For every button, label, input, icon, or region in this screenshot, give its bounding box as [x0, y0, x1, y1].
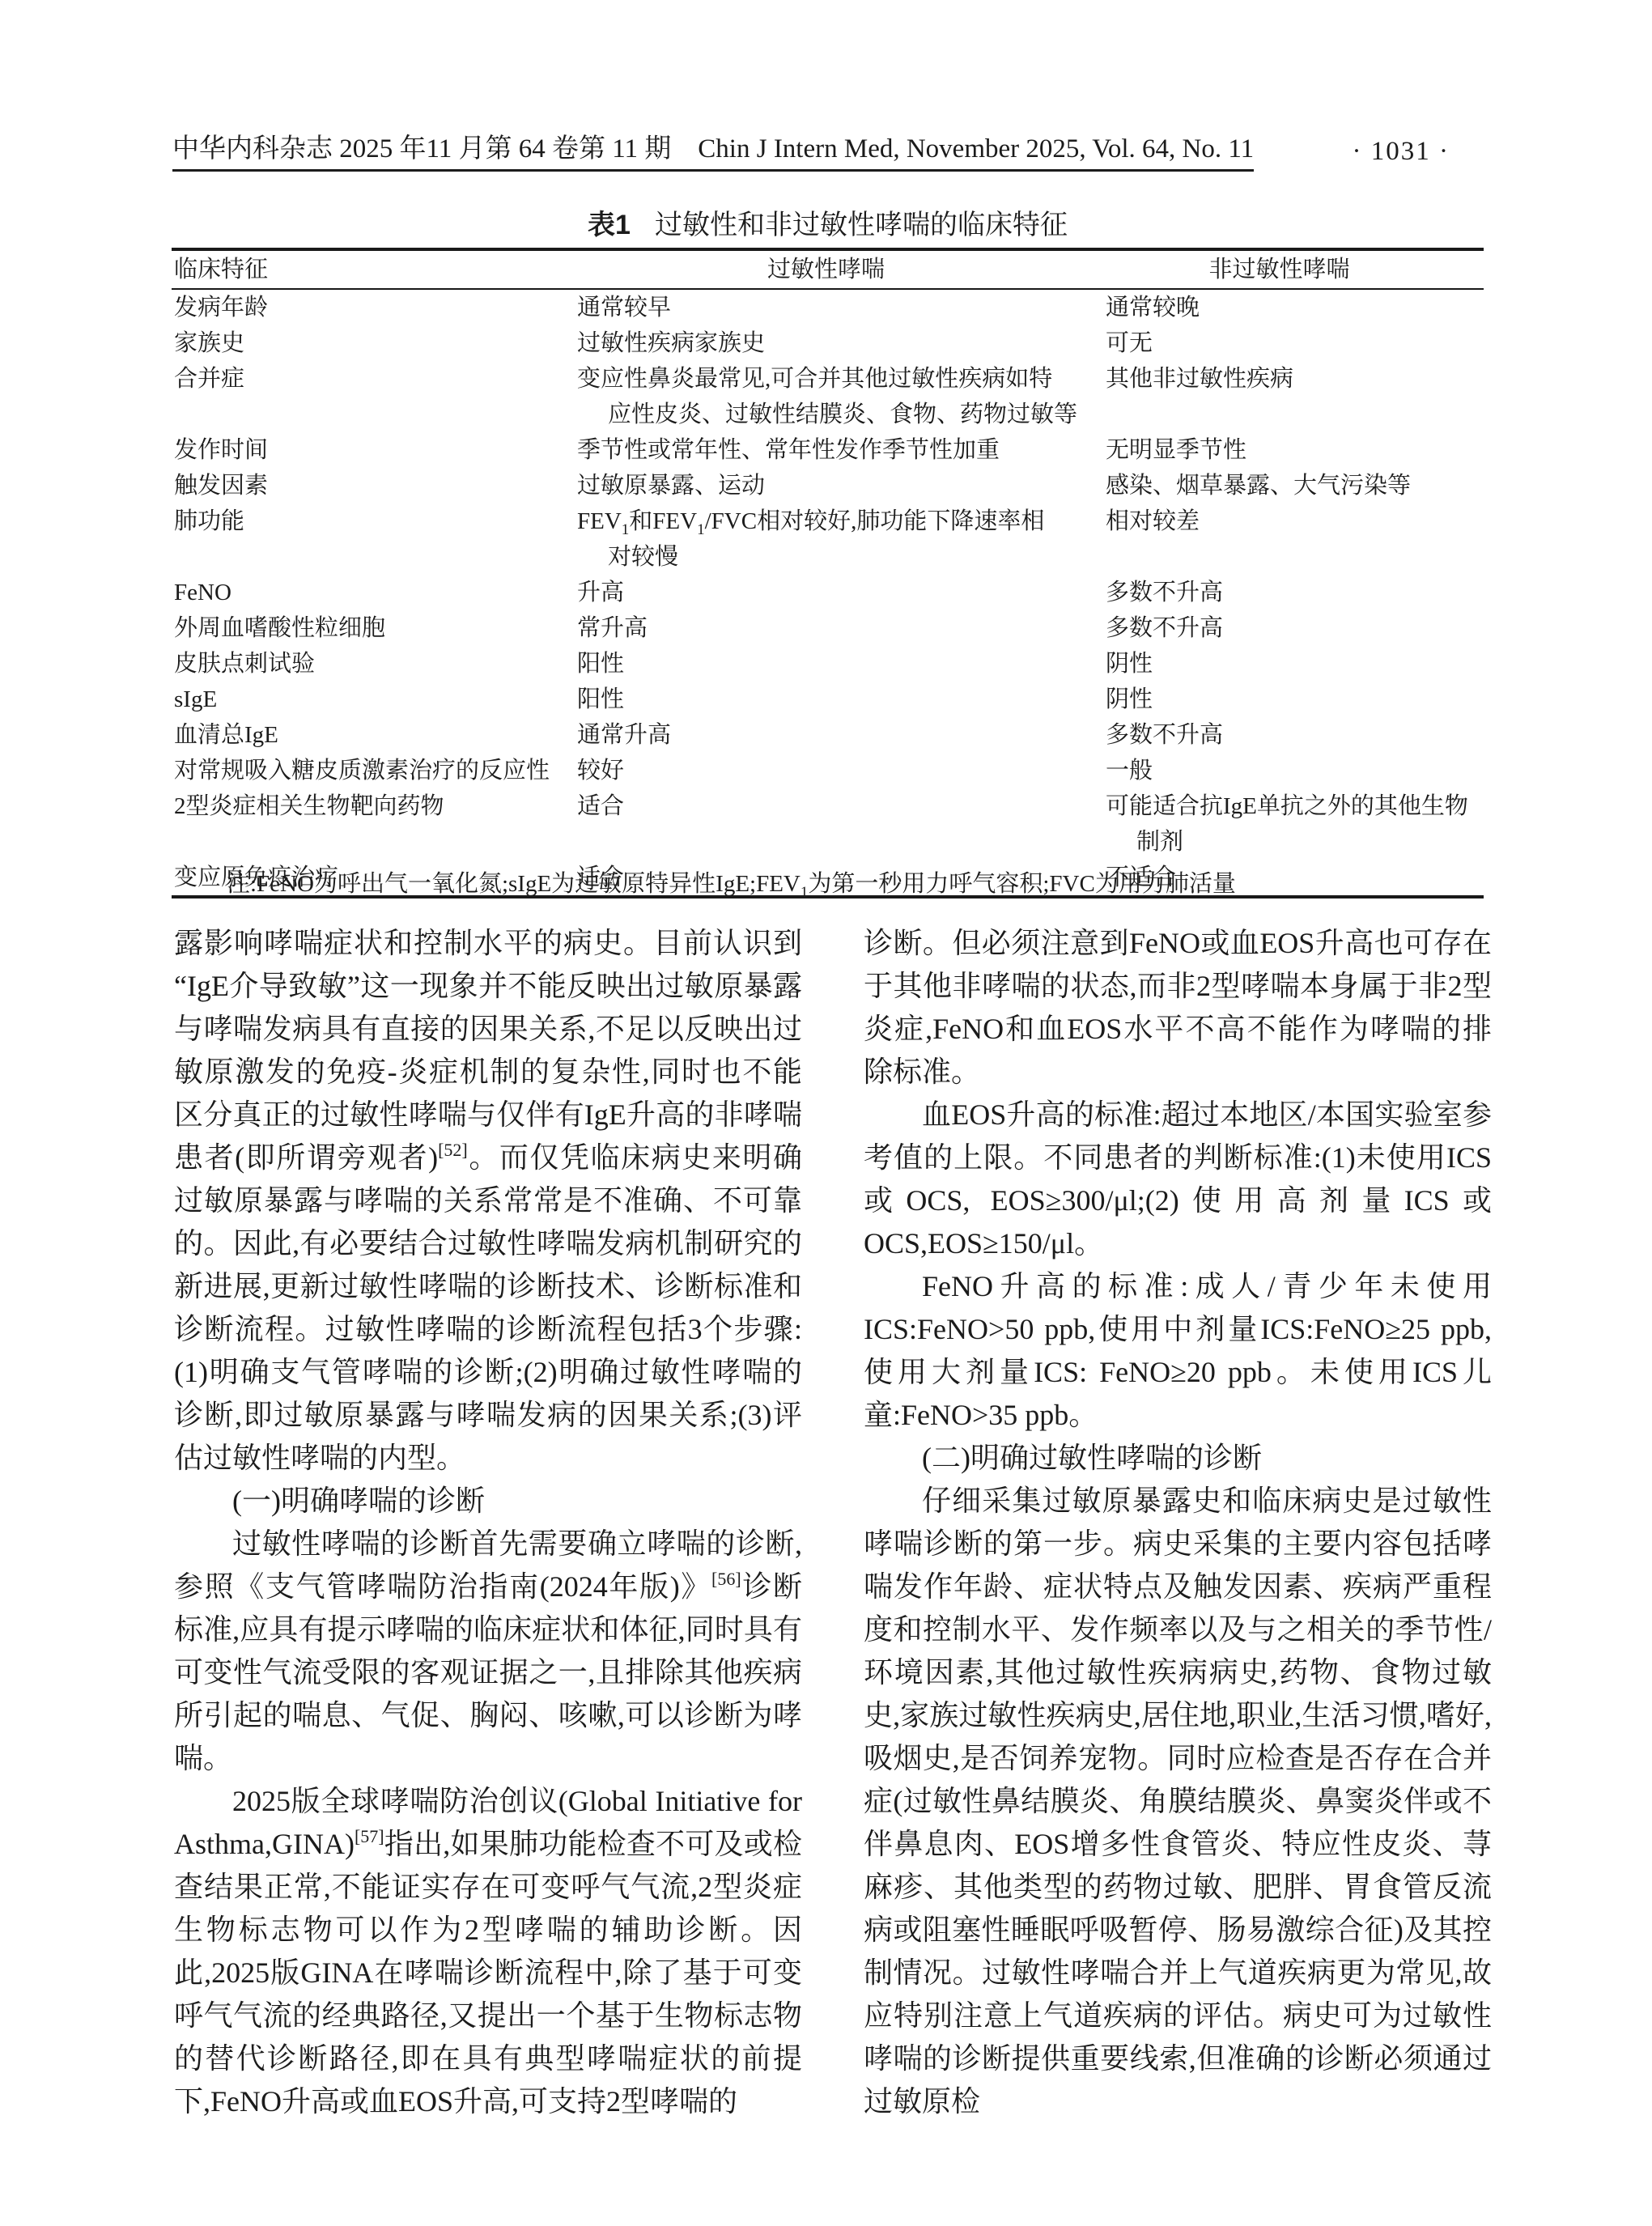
cell-allergic: 适合 — [577, 788, 1106, 860]
table-row: 触发因素过敏原暴露、运动感染、烟草暴露、大气污染等 — [172, 468, 1484, 503]
cell-feature: 血清总IgE — [172, 717, 577, 753]
text-segment: 诊断。但必须注意到FeNO或血EOS升高也可存在于其他非哮喘的状态,而非2型哮喘… — [864, 927, 1492, 1088]
text-segment: 多数不升高 — [1106, 722, 1223, 748]
cell-allergic: 过敏原暴露、运动 — [577, 468, 1106, 503]
body-paragraph: (一)明确哮喘的诊断 — [174, 1480, 802, 1523]
body-paragraph: FeNO升高的标准:成人/青少年未使用ICS:FeNO>50 ppb,使用中剂量… — [864, 1265, 1492, 1437]
text-segment: 通常较晚 — [1106, 295, 1200, 321]
body-column-right: 诊断。但必须注意到FeNO或血EOS升高也可存在于其他非哮喘的状态,而非2型哮喘… — [864, 922, 1492, 2123]
column-header-feature: 临床特征 — [172, 251, 577, 288]
table-title-text: 过敏性和非过敏性哮喘的临床特征 — [655, 210, 1068, 240]
text-segment: 注:FeNO为呼出气一氧化氮;sIgE为过敏原特异性IgE;FEV — [227, 871, 801, 897]
cell-feature: 触发因素 — [172, 468, 577, 503]
reference-superscript: [52] — [438, 1140, 468, 1160]
cell-nonallergic: 可能适合抗IgE单抗之外的其他生物制剂 — [1106, 788, 1484, 860]
table-row: 肺功能FEV1和FEV1/FVC相对较好,肺功能下降速率相对较慢相对较差 — [172, 503, 1484, 575]
cell-allergic: 升高 — [577, 575, 1106, 610]
cell-nonallergic: 多数不升高 — [1106, 610, 1484, 646]
cell-allergic: 较好 — [577, 753, 1106, 788]
text-segment: FeNO升高的标准:成人/青少年未使用ICS:FeNO>50 ppb,使用中剂量… — [864, 1270, 1492, 1431]
text-segment: 可无 — [1106, 330, 1153, 356]
text-segment: 常升高 — [577, 615, 648, 641]
cell-feature: 2型炎症相关生物靶向药物 — [172, 788, 577, 860]
text-segment: 多数不升高 — [1106, 615, 1223, 641]
text-segment: 季节性或常年性、常年性发作季节性加重 — [577, 437, 1000, 463]
table-row: FeNO升高多数不升高 — [172, 575, 1484, 610]
text-segment: 过敏性疾病家族史 — [577, 330, 765, 356]
cell-nonallergic: 阴性 — [1106, 682, 1484, 717]
column-header-nonallergic: 非过敏性哮喘 — [1075, 251, 1484, 288]
cell-feature: 合并症 — [172, 361, 577, 432]
cell-allergic: 通常较早 — [577, 290, 1106, 325]
cell-feature: 皮肤点刺试验 — [172, 646, 577, 682]
cell-nonallergic: 多数不升高 — [1106, 717, 1484, 753]
text-segment: 仔细采集过敏原暴露史和临床病史是过敏性哮喘诊断的第一步。病史采集的主要内容包括哮… — [864, 1485, 1492, 2118]
cell-feature: FeNO — [172, 575, 577, 610]
table-row: 发病年龄通常较早通常较晚 — [172, 290, 1484, 325]
cell-nonallergic: 可无 — [1106, 325, 1484, 361]
text-segment: 通常较早 — [577, 295, 671, 321]
text-segment: 感染、烟草暴露、大气污染等 — [1106, 473, 1411, 499]
text-segment: 血EOS升高的标准:超过本地区/本国实验室参考值的上限。不同患者的判断标准:(1… — [864, 1098, 1492, 1260]
table-note: 注:FeNO为呼出气一氧化氮;sIgE为过敏原特异性IgE;FEV1为第一秒用力… — [172, 868, 1484, 900]
table-body: 发病年龄通常较早通常较晚家族史过敏性疾病家族史可无合并症变应性鼻炎最常见,可合并… — [172, 290, 1484, 895]
text-segment: /FVC相对较好,肺功能下降速率相 — [705, 508, 1045, 534]
cell-allergic: 常升高 — [577, 610, 1106, 646]
text-segment: 升高 — [577, 580, 624, 605]
table-row: 发作时间季节性或常年性、常年性发作季节性加重无明显季节性 — [172, 432, 1484, 468]
table-row: sIgE阳性阴性 — [172, 682, 1484, 717]
article-body: 露影响哮喘症状和控制水平的病史。目前认识到“IgE介导致敏”这一现象并不能反映出… — [174, 922, 1492, 2123]
table-row: 皮肤点刺试验阳性阴性 — [172, 646, 1484, 682]
page-header: 中华内科杂志 2025 年11 月第 64 卷第 11 期 Chin J Int… — [172, 134, 1484, 172]
text-segment: 阴性 — [1106, 686, 1153, 712]
cell-allergic: 通常升高 — [577, 717, 1106, 753]
table-title: 表1过敏性和非过敏性哮喘的临床特征 — [172, 202, 1484, 242]
body-paragraph: (二)明确过敏性哮喘的诊断 — [864, 1437, 1492, 1480]
text-segment: 指出,如果肺功能检查不可及或检查结果正常,不能证实存在可变呼气气流,2型炎症生物… — [174, 1828, 802, 2118]
table-row: 家族史过敏性疾病家族史可无 — [172, 325, 1484, 361]
reference-superscript: [57] — [355, 1826, 384, 1846]
body-paragraph: 露影响哮喘症状和控制水平的病史。目前认识到“IgE介导致敏”这一现象并不能反映出… — [174, 922, 802, 1480]
cell-nonallergic: 多数不升高 — [1106, 575, 1484, 610]
cell-allergic: 阳性 — [577, 646, 1106, 682]
text-segment: 其他非过敏性疾病 — [1106, 366, 1293, 392]
text-segment: 变应性鼻炎最常见,可合并其他过敏性疾病如特 — [577, 366, 1052, 392]
cell-allergic: 季节性或常年性、常年性发作季节性加重 — [577, 432, 1106, 468]
subscript: 1 — [801, 884, 809, 901]
text-segment: 。而仅凭临床病史来明确过敏原暴露与哮喘的关系常常是不准确、不可靠的。因此,有必要… — [174, 1141, 802, 1474]
text-segment: 一般 — [1106, 758, 1153, 784]
text-segment: 和FEV — [629, 508, 697, 534]
text-segment: 通常升高 — [577, 722, 671, 748]
cell-allergic: FEV1和FEV1/FVC相对较好,肺功能下降速率相对较慢 — [577, 503, 1106, 575]
table-row: 外周血嗜酸性粒细胞常升高多数不升高 — [172, 610, 1484, 646]
text-segment: 过敏性哮喘的诊断首先需要确立哮喘的诊断,参照《支气管哮喘防治指南(2024年版)… — [174, 1527, 802, 1603]
subscript: 1 — [697, 521, 705, 538]
text-segment: 无明显季节性 — [1106, 437, 1246, 463]
cell-feature: sIgE — [172, 682, 577, 717]
table-row: 对常规吸入糖皮质激素治疗的反应性较好一般 — [172, 753, 1484, 788]
cell-nonallergic: 一般 — [1106, 753, 1484, 788]
text-segment: FEV — [577, 508, 622, 534]
text-segment: 露影响哮喘症状和控制水平的病史。目前认识到“IgE介导致敏”这一现象并不能反映出… — [174, 927, 802, 1174]
body-column-left: 露影响哮喘症状和控制水平的病史。目前认识到“IgE介导致敏”这一现象并不能反映出… — [174, 922, 802, 2123]
table-row: 血清总IgE通常升高多数不升高 — [172, 717, 1484, 753]
text-segment: (一)明确哮喘的诊断 — [232, 1485, 485, 1517]
text-segment: 适合 — [577, 793, 624, 819]
body-paragraph: 过敏性哮喘的诊断首先需要确立哮喘的诊断,参照《支气管哮喘防治指南(2024年版)… — [174, 1523, 802, 1780]
cell-nonallergic: 无明显季节性 — [1106, 432, 1484, 468]
clinical-features-table: 临床特征 过敏性哮喘 非过敏性哮喘 发病年龄通常较早通常较晚家族史过敏性疾病家族… — [172, 248, 1484, 898]
cell-nonallergic: 通常较晚 — [1106, 290, 1484, 325]
table-row: 2型炎症相关生物靶向药物适合可能适合抗IgE单抗之外的其他生物制剂 — [172, 788, 1484, 860]
cell-feature: 肺功能 — [172, 503, 577, 575]
text-segment: 为第一秒用力呼气容积;FVC为用力肺活量 — [808, 871, 1235, 897]
cell-nonallergic: 其他非过敏性疾病 — [1106, 361, 1484, 432]
body-paragraph: 血EOS升高的标准:超过本地区/本国实验室参考值的上限。不同患者的判断标准:(1… — [864, 1094, 1492, 1265]
body-paragraph: 仔细采集过敏原暴露史和临床病史是过敏性哮喘诊断的第一步。病史采集的主要内容包括哮… — [864, 1480, 1492, 2123]
reference-superscript: [56] — [711, 1569, 741, 1589]
text-segment: 对较慢 — [608, 544, 678, 570]
text-segment: 多数不升高 — [1106, 580, 1223, 605]
table-header-row: 临床特征 过敏性哮喘 非过敏性哮喘 — [172, 251, 1484, 290]
table-number-label: 表1 — [588, 210, 631, 240]
cell-feature: 发作时间 — [172, 432, 577, 468]
cell-nonallergic: 阴性 — [1106, 646, 1484, 682]
journal-title-line: 中华内科杂志 2025 年11 月第 64 卷第 11 期 Chin J Int… — [172, 134, 1254, 172]
text-segment: 阳性 — [577, 686, 624, 712]
text-segment: 过敏原暴露、运动 — [577, 473, 765, 499]
text-segment: 应性皮炎、过敏性结膜炎、食物、药物过敏等 — [608, 401, 1077, 427]
cell-nonallergic: 相对较差 — [1106, 503, 1484, 575]
text-segment: (二)明确过敏性哮喘的诊断 — [922, 1442, 1262, 1474]
cell-feature: 发病年龄 — [172, 290, 577, 325]
cell-nonallergic: 感染、烟草暴露、大气污染等 — [1106, 468, 1484, 503]
text-segment: 阴性 — [1106, 651, 1153, 677]
cell-feature: 外周血嗜酸性粒细胞 — [172, 610, 577, 646]
cell-allergic: 过敏性疾病家族史 — [577, 325, 1106, 361]
cell-feature: 家族史 — [172, 325, 577, 361]
text-segment: 可能适合抗IgE单抗之外的其他生物制剂 — [1106, 793, 1468, 855]
text-segment: 较好 — [577, 758, 624, 784]
body-paragraph: 2025版全球哮喘防治创议(Global Initiative for Asth… — [174, 1780, 802, 2123]
cell-feature: 对常规吸入糖皮质激素治疗的反应性 — [172, 753, 577, 788]
text-segment: 相对较差 — [1106, 508, 1200, 534]
body-paragraph: 诊断。但必须注意到FeNO或血EOS升高也可存在于其他非哮喘的状态,而非2型哮喘… — [864, 922, 1492, 1094]
page-number: · 1031 · — [1353, 137, 1484, 172]
table-row: 合并症变应性鼻炎最常见,可合并其他过敏性疾病如特应性皮炎、过敏性结膜炎、食物、药… — [172, 361, 1484, 432]
subscript: 1 — [622, 521, 630, 538]
column-header-allergic: 过敏性哮喘 — [577, 251, 1075, 288]
text-segment: 阳性 — [577, 651, 624, 677]
journal-page: 中华内科杂志 2025 年11 月第 64 卷第 11 期 Chin J Int… — [0, 0, 1652, 2226]
cell-allergic: 变应性鼻炎最常见,可合并其他过敏性疾病如特应性皮炎、过敏性结膜炎、食物、药物过敏… — [577, 361, 1106, 432]
cell-allergic: 阳性 — [577, 682, 1106, 717]
